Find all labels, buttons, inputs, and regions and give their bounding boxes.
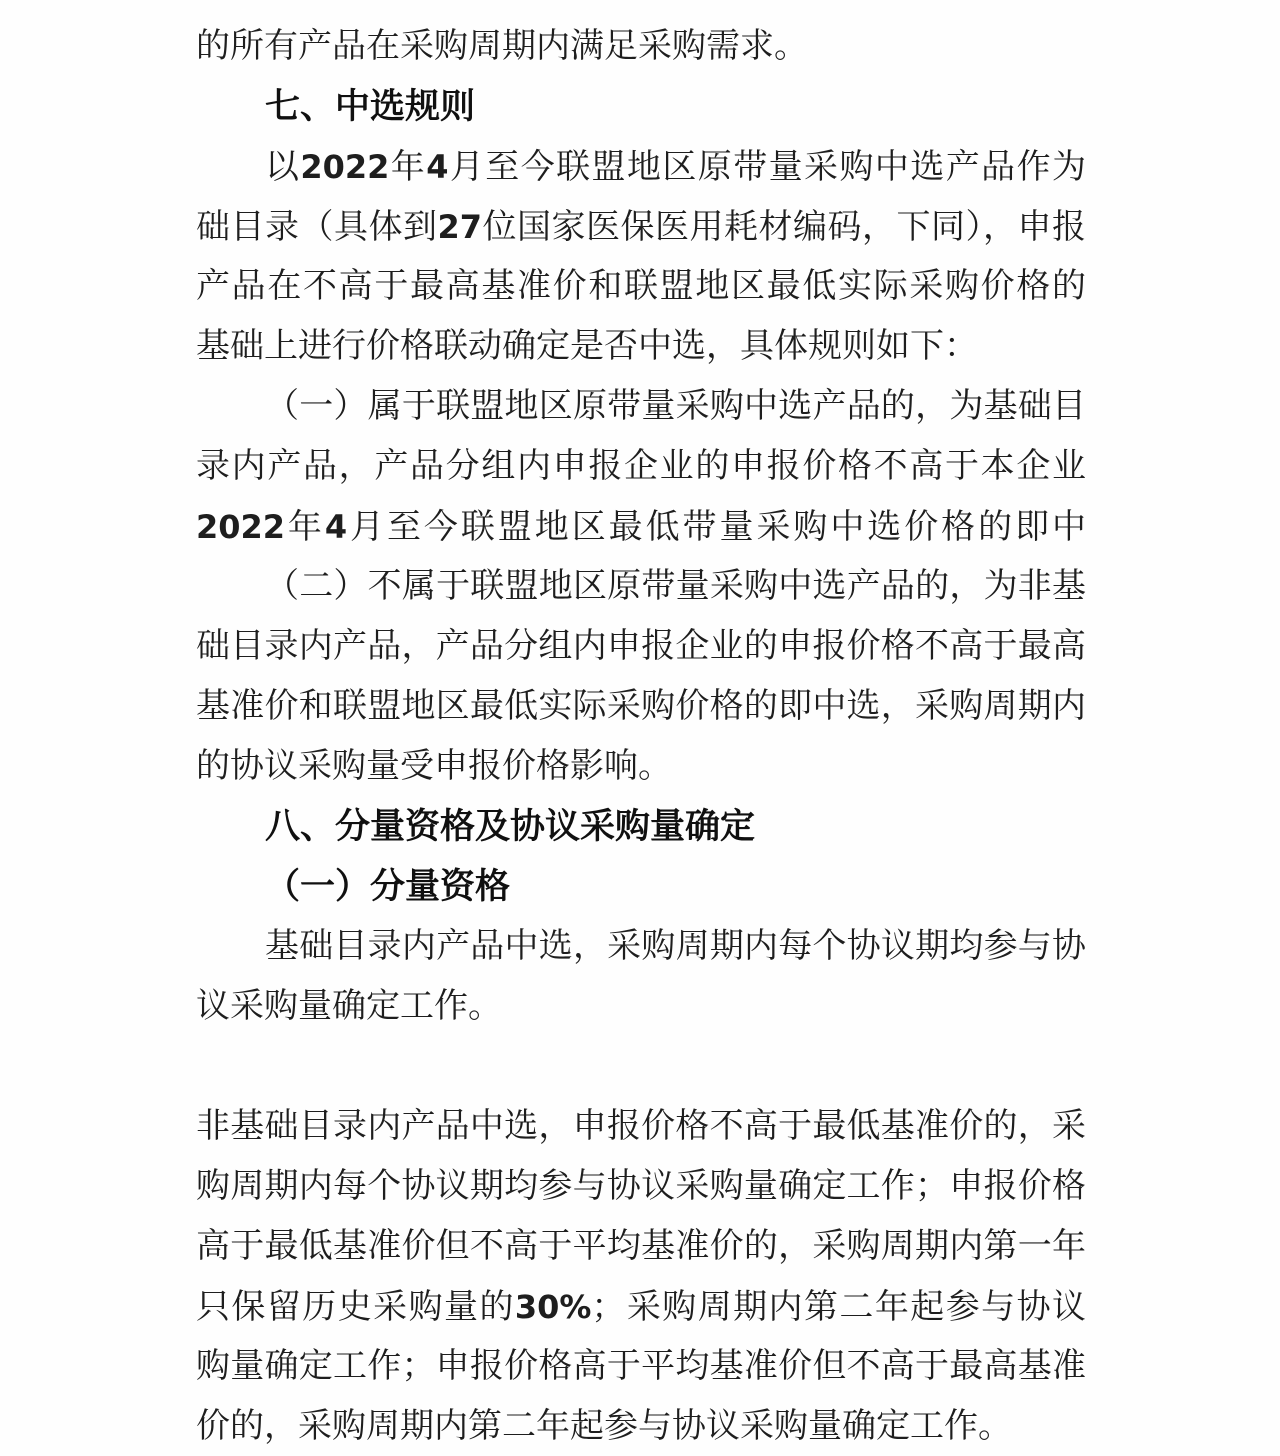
text-line: 础目录（具体到27位国家医保医用耗材编码，下同），申报 xyxy=(196,197,1086,257)
numeral: 2022 xyxy=(300,148,389,186)
text-line: 础目录内产品，产品分组内申报企业的申报价格不高于最高 xyxy=(196,617,1086,677)
text-line: 基准价和联盟地区最低实际采购价格的即中选，采购周期内 xyxy=(196,677,1086,737)
page: { "page": { "background": "#ffffff", "te… xyxy=(0,0,1280,1456)
document-body: 的所有产品在采购周期内满足采购需求。七、中选规则以2022年4月至今联盟地区原带… xyxy=(196,17,1086,1456)
document-page: 的所有产品在采购周期内满足采购需求。七、中选规则以2022年4月至今联盟地区原带… xyxy=(0,0,1280,1456)
section-heading: 七、中选规则 xyxy=(196,77,1086,137)
text-line: 购周期内每个协议期均参与协议采购量确定工作；申报价格 xyxy=(196,1157,1086,1217)
numeral: 30% xyxy=(515,1288,591,1326)
numeral: 2022 xyxy=(196,508,285,546)
paragraph: 的所有产品在采购周期内满足采购需求。 xyxy=(196,17,1086,77)
text-line: 只保留历史采购量的30%；采购周期内第二年起参与协议采 xyxy=(196,1277,1086,1337)
paragraph-spacer xyxy=(196,1037,1086,1097)
text-line: 七、中选规则 xyxy=(196,77,1086,137)
text-line: 产品在不高于最高基准价和联盟地区最低实际采购价格的 xyxy=(196,257,1086,317)
section-heading: （一）分量资格 xyxy=(196,857,1086,917)
paragraph: （二）不属于联盟地区原带量采购中选产品的，为非基础目录内产品，产品分组内申报企业… xyxy=(196,557,1086,797)
text-line: （一）属于联盟地区原带量采购中选产品的，为基础目 xyxy=(196,377,1086,437)
text-line: 2022年4月至今联盟地区最低带量采购中选价格的即中选。 xyxy=(196,497,1086,557)
text-line: 基础目录内产品中选，采购周期内每个协议期均参与协 xyxy=(196,917,1086,977)
text-line: 录内产品，产品分组内申报企业的申报价格不高于本企业 xyxy=(196,437,1086,497)
numeral: 4 xyxy=(325,508,347,546)
text-line: 的所有产品在采购周期内满足采购需求。 xyxy=(196,17,1086,77)
text-line: 价的，采购周期内第二年起参与协议采购量确定工作。 xyxy=(196,1397,1086,1456)
text-line: 基础上进行价格联动确定是否中选，具体规则如下： xyxy=(196,317,1086,377)
text-line: 非基础目录内产品中选，申报价格不高于最低基准价的，采 xyxy=(196,1097,1086,1157)
text-line: 高于最低基准价但不高于平均基准价的，采购周期内第一年 xyxy=(196,1217,1086,1277)
numeral: 4 xyxy=(426,148,448,186)
numeral: 27 xyxy=(438,208,482,246)
section-heading: 八、分量资格及协议采购量确定 xyxy=(196,797,1086,857)
paragraph: （一）属于联盟地区原带量采购中选产品的，为基础目录内产品，产品分组内申报企业的申… xyxy=(196,377,1086,557)
text-line: 的协议采购量受申报价格影响。 xyxy=(196,737,1086,797)
text-line: 议采购量确定工作。 xyxy=(196,977,1086,1037)
paragraph: 基础目录内产品中选，采购周期内每个协议期均参与协议采购量确定工作。 xyxy=(196,917,1086,1037)
text-line: 购量确定工作；申报价格高于平均基准价但不高于最高基准 xyxy=(196,1337,1086,1397)
text-line: 八、分量资格及协议采购量确定 xyxy=(196,797,1086,857)
paragraph: 以2022年4月至今联盟地区原带量采购中选产品作为基础目录（具体到27位国家医保… xyxy=(196,137,1086,377)
text-line: （一）分量资格 xyxy=(196,857,1086,917)
paragraph: 非基础目录内产品中选，申报价格不高于最低基准价的，采购周期内每个协议期均参与协议… xyxy=(196,1097,1086,1456)
text-line: 以2022年4月至今联盟地区原带量采购中选产品作为基 xyxy=(196,137,1086,197)
text-line: （二）不属于联盟地区原带量采购中选产品的，为非基 xyxy=(196,557,1086,617)
